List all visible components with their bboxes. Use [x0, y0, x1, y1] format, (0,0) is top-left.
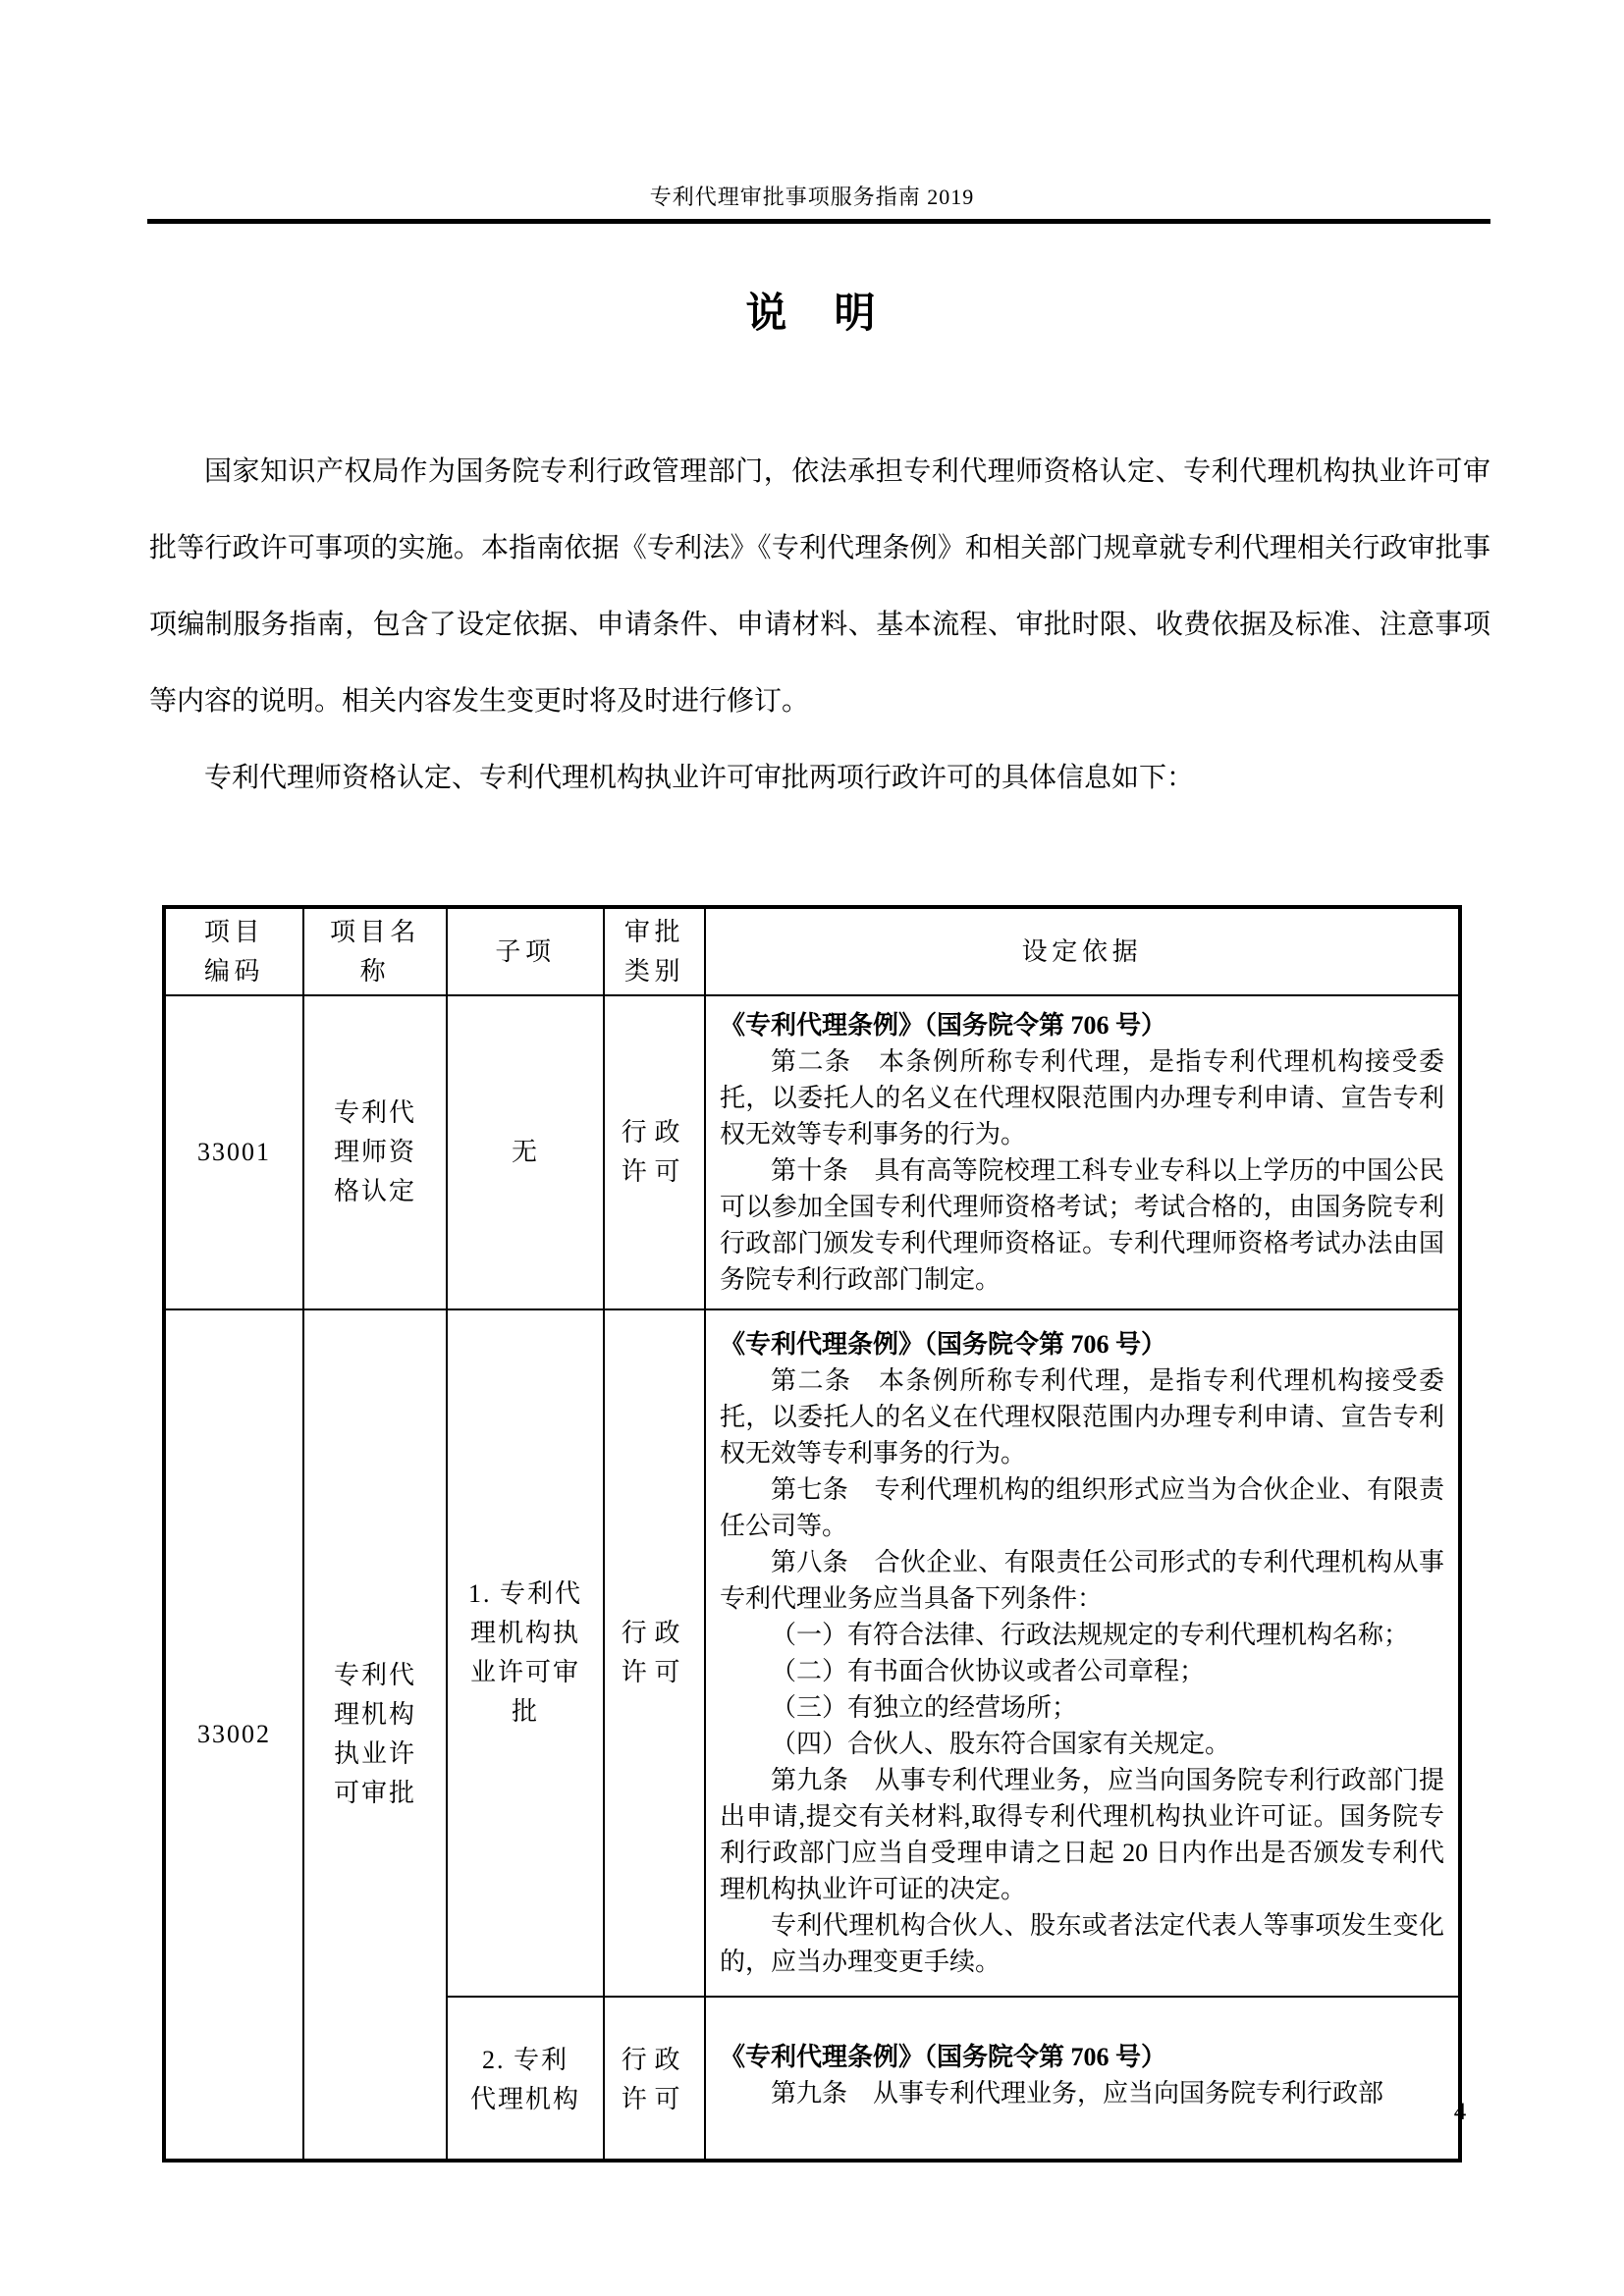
- item-name-33002: 专利代 理机构 执业许 可审批: [303, 1309, 447, 2161]
- legal-basis-33002-2: 《专利代理条例》（国务院令第 706 号） 第九条 从事专利代理业务，应当向国务…: [705, 1997, 1460, 2161]
- basis-title: 《专利代理条例》（国务院令第 706 号）: [720, 1326, 1444, 1362]
- approval-type-33002-1: 行政 许可: [604, 1309, 705, 1997]
- basis-paragraph: 第二条 本条例所称专利代理，是指专利代理机构接受委托，以委托人的名义在代理权限范…: [720, 1362, 1444, 1471]
- sub-item-33002-1: 1. 专利代 理机构执 业许可审 批: [447, 1309, 604, 1997]
- approval-type-33001: 行政 许可: [604, 995, 705, 1309]
- body-paragraphs: 国家知识产权局作为国务院专利行政管理部门，依法承担专利代理师资格认定、专利代理机…: [149, 434, 1490, 817]
- col-header-item-code: 项目 编码: [164, 907, 303, 995]
- table-row-33001: 33001 专利代 理师资 格认定 无 行政 许可 《专利代理条例》（国务院令第…: [164, 995, 1460, 1309]
- basis-list-item: （二）有书面合伙协议或者公司章程；: [720, 1653, 1444, 1689]
- table-row-33002-sub1: 33002 专利代 理机构 执业许 可审批 1. 专利代 理机构执 业许可审 批…: [164, 1309, 1460, 1997]
- basis-paragraph: 第八条 合伙企业、有限责任公司形式的专利代理机构从事专利代理业务应当具备下列条件…: [720, 1544, 1444, 1617]
- basis-title: 《专利代理条例》（国务院令第 706 号）: [720, 1007, 1444, 1043]
- basis-paragraph: 第九条 从事专利代理业务，应当向国务院专利行政部: [720, 2075, 1444, 2111]
- item-name-33001: 专利代 理师资 格认定: [303, 995, 447, 1309]
- document-page: 专利代理审批事项服务指南 2019 说 明 国家知识产权局作为国务院专利行政管理…: [0, 0, 1624, 2296]
- sub-item-33001: 无: [447, 995, 604, 1309]
- col-header-item-name: 项目名 称: [303, 907, 447, 995]
- page-number: 4: [1435, 2099, 1485, 2126]
- col-header-legal-basis: 设定依据: [705, 907, 1460, 995]
- item-code-33002: 33002: [164, 1309, 303, 2161]
- doc-title: 说 明: [0, 281, 1624, 340]
- running-header: 专利代理审批事项服务指南 2019: [0, 183, 1624, 212]
- basis-paragraph: 第十条 具有高等院校理工科专业专科以上学历的中国公民可以参加全国专利代理师资格考…: [720, 1152, 1444, 1298]
- basis-paragraph: 第七条 专利代理机构的组织形式应当为合伙企业、有限责任公司等。: [720, 1471, 1444, 1544]
- basis-paragraph: 第二条 本条例所称专利代理，是指专利代理机构接受委托，以委托人的名义在代理权限范…: [720, 1043, 1444, 1152]
- basis-list-item: （一）有符合法律、行政法规规定的专利代理机构名称；: [720, 1617, 1444, 1653]
- basis-paragraph: 专利代理机构合伙人、股东或者法定代表人等事项发生变化的，应当办理变更手续。: [720, 1907, 1444, 1980]
- approval-type-33002-2: 行政 许可: [604, 1997, 705, 2161]
- sub-item-33002-2: 2. 专利 代理机构: [447, 1997, 604, 2161]
- col-header-approval-type: 审批 类别: [604, 907, 705, 995]
- table-header-row: 项目 编码 项目名 称 子项 审批 类别 设定依据: [164, 907, 1460, 995]
- col-header-sub-item: 子项: [447, 907, 604, 995]
- item-code-33001: 33001: [164, 995, 303, 1309]
- basis-list-item: （三）有独立的经营场所；: [720, 1689, 1444, 1726]
- paragraph-table-lead: 专利代理师资格认定、专利代理机构执业许可审批两项行政许可的具体信息如下：: [149, 740, 1490, 817]
- basis-list-item: （四）合伙人、股东符合国家有关规定。: [720, 1726, 1444, 1762]
- approval-items-table: 项目 编码 项目名 称 子项 审批 类别 设定依据 33001 专利代 理师资 …: [162, 905, 1462, 2163]
- header-rule: [147, 219, 1490, 224]
- paragraph-intro: 国家知识产权局作为国务院专利行政管理部门，依法承担专利代理师资格认定、专利代理机…: [149, 434, 1490, 740]
- legal-basis-33001: 《专利代理条例》（国务院令第 706 号） 第二条 本条例所称专利代理，是指专利…: [705, 995, 1460, 1309]
- basis-title: 《专利代理条例》（国务院令第 706 号）: [720, 2039, 1444, 2075]
- basis-paragraph: 第九条 从事专利代理业务，应当向国务院专利行政部门提出申请,提交有关材料,取得专…: [720, 1762, 1444, 1907]
- legal-basis-33002-1: 《专利代理条例》（国务院令第 706 号） 第二条 本条例所称专利代理，是指专利…: [705, 1309, 1460, 1997]
